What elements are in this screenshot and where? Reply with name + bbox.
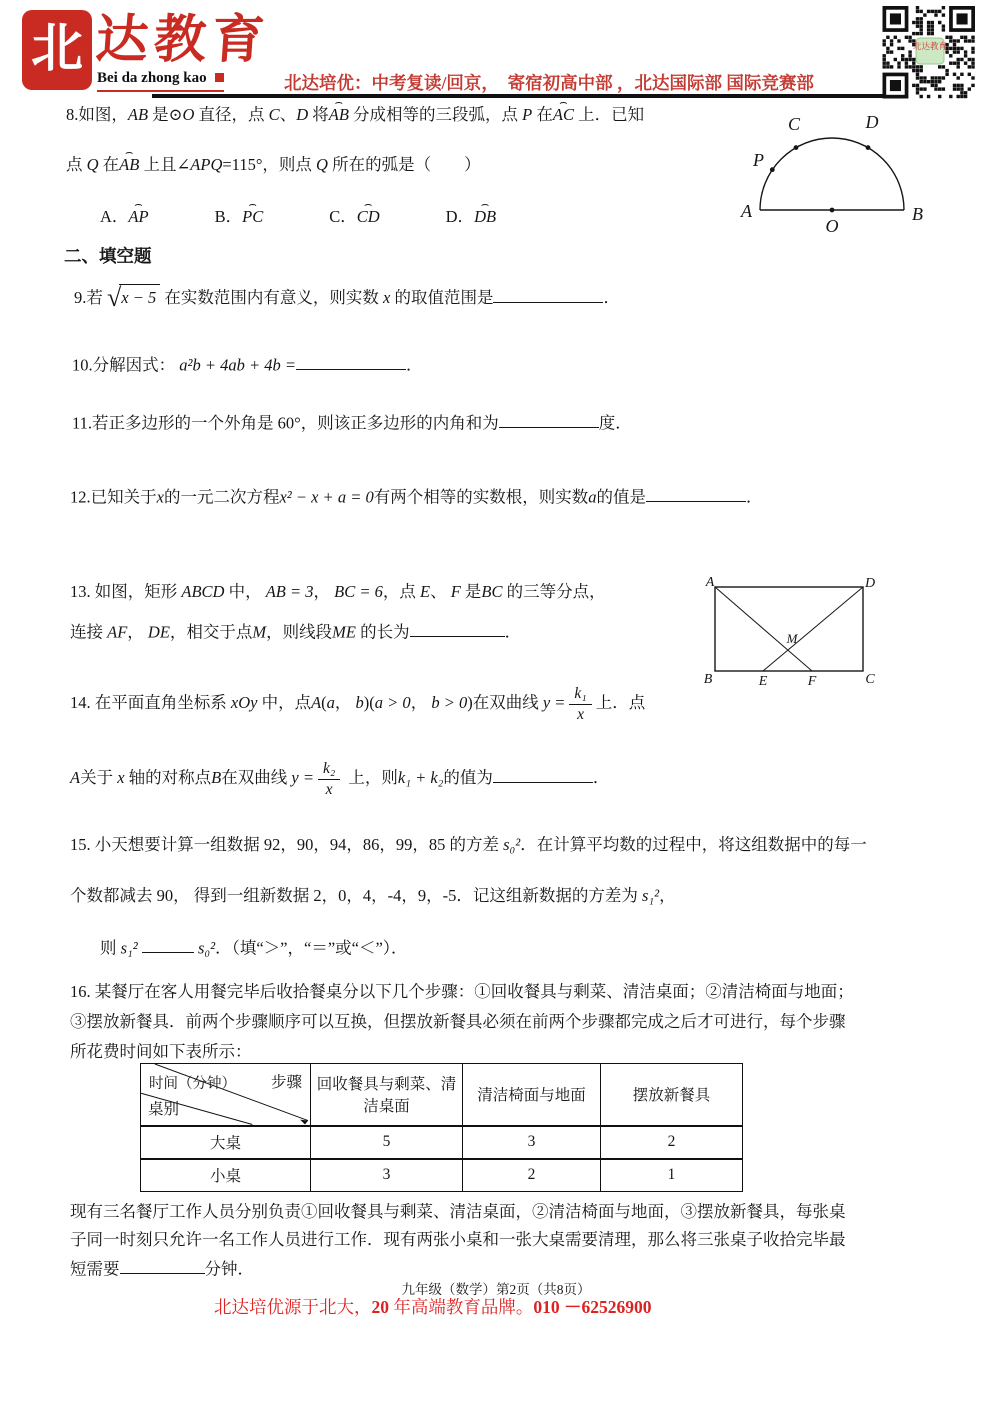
brand-subtitle-text: Bei da zhong kao: [97, 70, 207, 86]
footer-promo-line: 北达培优源于北大，20 年高端教育品牌。010 －62526900: [214, 1294, 652, 1319]
math-variable: AF: [107, 622, 127, 641]
math-variable: s₁²: [642, 886, 659, 905]
math-variable: a²b + 4ab + 4b =: [179, 355, 296, 374]
label-A: A: [705, 575, 715, 590]
text-segment: 中，: [224, 582, 265, 601]
math-variable: D: [296, 105, 308, 124]
math-variable: x: [157, 487, 164, 506]
table-diagonal-header: 时间（分钟） 步骤 桌别: [141, 1064, 311, 1126]
math-variable: BC = 6: [334, 582, 383, 601]
text-segment: 所花费时间如下表所示：: [70, 1042, 252, 1061]
cell-value: 3: [311, 1159, 463, 1192]
arc-over-letters: PC: [242, 202, 263, 228]
label-D: D: [864, 576, 875, 591]
text-segment: 12.已知关于: [70, 487, 157, 506]
qr-code: 北达教育: [880, 5, 980, 100]
math-variable: E: [420, 582, 430, 601]
brand-seal-logo: 北: [24, 12, 90, 88]
table-col-header-1: 回收餐具与剩菜、清洁桌面: [311, 1064, 463, 1126]
math-variable: C: [269, 105, 280, 124]
question-8-line-1: 8.如图，AB 是⊙O 直径，点 C、D 将AB 分成相等的三段弧，点 P 在A…: [66, 100, 644, 126]
text-segment: )(: [364, 693, 375, 712]
text-segment: 有两个相等的实数根，则实数: [374, 487, 589, 506]
brand-seal-character: 北: [31, 24, 83, 76]
text-segment: 则: [100, 938, 121, 957]
text-segment: ．在计算平均数的过程中，将这组数据中的每一: [520, 835, 867, 854]
text-segment: 15. 小天想要计算一组数据 92，90，94，86，99，85 的方差: [70, 835, 503, 854]
text-segment: ．: [746, 487, 763, 506]
brand-calligraphy: 达教育: [94, 14, 272, 69]
answer-blank: [499, 410, 599, 428]
math-variable: ABCD: [181, 582, 224, 601]
text-segment: 所在的弧是（ ）: [328, 155, 481, 174]
cell-value: 1: [601, 1159, 743, 1192]
diag-label-time: 时间（分钟）: [149, 1072, 236, 1093]
text-segment: 在: [532, 105, 553, 124]
text-segment: ，: [411, 693, 432, 712]
text-segment: 上．点: [596, 693, 646, 712]
text-segment: 年高端教育品牌。: [389, 1297, 533, 1317]
answer-blank: [493, 285, 603, 303]
math-variable: Q: [316, 155, 328, 174]
text-segment: 16. 某餐厅在客人用餐完毕后收拾餐桌分以下几个步骤：①回收餐具与剩菜、清洁桌面…: [70, 982, 854, 1001]
text-segment: C．: [263, 207, 357, 226]
label-C: C: [788, 114, 801, 134]
math-variable: a: [327, 693, 335, 712]
text-segment: 上．已知: [574, 105, 644, 124]
answer-blank: [410, 619, 505, 637]
text-segment: ，: [127, 622, 148, 641]
text-segment: ，: [314, 582, 335, 601]
text-segment: 是⊙: [148, 105, 182, 124]
table-row: 大桌 5 3 2: [141, 1126, 743, 1159]
math-variable: y =: [543, 693, 566, 712]
math-variable: Q: [87, 155, 99, 174]
text-segment: 11.若正多边形的一个外角是 60°，则该正多边形的内角和为: [72, 413, 499, 432]
math-variable: b: [356, 693, 364, 712]
text-segment: 连接: [70, 622, 107, 641]
question-15-line-3: 则 s₁² s₀²．（填“＞”，“＝”或“＜”）．: [100, 935, 408, 959]
answer-blank: [142, 935, 194, 953]
math-variable: xOy: [231, 693, 258, 712]
text-segment: ．: [406, 355, 423, 374]
text-segment: 14. 在平面直角坐标系: [70, 693, 231, 712]
text-segment: 是: [461, 582, 482, 601]
text-segment: 北达培优源于北大，: [214, 1297, 372, 1317]
text-segment: 13. 如图，矩形: [70, 582, 181, 601]
text-segment: 、: [280, 105, 297, 124]
label-B: B: [912, 204, 923, 224]
text-segment: 轴的对称点: [125, 768, 212, 787]
math-variable: DE: [148, 622, 170, 641]
text-segment: 8.如图，: [66, 105, 128, 124]
text-segment: ，则线段: [266, 622, 332, 641]
bold-segment: 20: [372, 1297, 390, 1317]
text-segment: ．: [593, 768, 610, 787]
math-variable: a > 0: [375, 693, 411, 712]
question-15-line-1: 15. 小天想要计算一组数据 92，90，94，86，99，85 的方差 s₀²…: [70, 833, 867, 856]
math-variable: s₀²: [198, 938, 215, 957]
math-variable: k₁ + k₂: [398, 768, 444, 787]
question-16-tail-1: 现有三名餐厅工作人员分别负责①回收餐具与剩菜、清洁桌面，②清洁椅面与地面，③摆放…: [70, 1200, 846, 1223]
text-segment: ，: [659, 886, 676, 905]
math-variable: M: [252, 622, 266, 641]
math-variable: BC: [481, 582, 502, 601]
label-M: M: [786, 631, 799, 646]
text-segment: D．: [380, 207, 474, 226]
label-F: F: [807, 674, 817, 689]
text-segment: 的长为: [356, 622, 410, 641]
math-variable: b > 0: [431, 693, 467, 712]
qr-center-label: 北达教育: [913, 41, 947, 51]
text-segment: 将: [308, 105, 329, 124]
text-segment: 上且∠: [139, 155, 190, 174]
question-8-line-2: 点 Q 在AB 上且∠APQ=115°，则点 Q 所在的弧是（ ）: [66, 150, 481, 176]
math-variable: A: [70, 768, 80, 787]
table-col-header-2: 清洁椅面与地面: [463, 1064, 601, 1126]
section-2-title: 二、填空题: [64, 243, 152, 268]
arc-over-letters: DB: [474, 202, 496, 228]
math-fraction: k₂x: [318, 760, 340, 799]
math-variable: ME: [332, 622, 356, 641]
text-segment: 的一元二次方程: [164, 487, 280, 506]
label-C: C: [865, 672, 875, 687]
text-segment: 短需要: [70, 1259, 120, 1278]
answer-blank: [296, 352, 406, 370]
text-segment: 在实数范围内有意义，则实数: [160, 288, 383, 307]
question-13-line-1: 13. 如图，矩形 ABCD 中， AB = 3， BC = 6，点 E、 F …: [70, 580, 606, 603]
question-16-tail-2: 子同一时刻只允许一名工作人员进行工作．现有两张小桌和一张大桌需要清理，那么将三张…: [70, 1228, 846, 1251]
text-segment: ③摆放新餐具．前两个步骤顺序可以互换，但摆放新餐具必须在前两个步骤都完成之后才可…: [70, 1012, 846, 1031]
question-9: 9.若 √x − 5 在实数范围内有意义，则实数 x 的取值范围是．: [74, 284, 620, 309]
text-segment: 的取值范围是: [390, 288, 493, 307]
question-14-line-2: A关于 x 轴的对称点B在双曲线 y =k₂x 上，则k₁ + k₂的值为．: [70, 760, 609, 799]
math-variable: x² − x + a = 0: [279, 487, 373, 506]
text-segment: ．（填“＞”，“＝”或“＜”）．: [215, 938, 407, 957]
diag-label-step: 步骤: [271, 1070, 302, 1092]
question-15-line-2: 个数都减去 90， 得到一组新数据 2，0，4，-4，9，-5．记这组新数据的方…: [70, 884, 676, 907]
text-segment: 直径，点: [194, 105, 268, 124]
math-variable: APQ: [190, 155, 222, 174]
question-16-line-1: 16. 某餐厅在客人用餐完毕后收拾餐桌分以下几个步骤：①回收餐具与剩菜、清洁桌面…: [70, 980, 854, 1003]
math-variable: O: [183, 105, 195, 124]
text-segment: ．: [505, 622, 522, 641]
text-segment: ，: [335, 693, 356, 712]
math-variable: y =: [291, 768, 314, 787]
math-variable: B: [211, 768, 221, 787]
cell-value: 3: [463, 1126, 601, 1159]
text-segment: 关于: [80, 768, 117, 787]
brand-subtitle: Bei da zhong kao: [97, 70, 224, 92]
figure-rectangle: A D B C E F M: [698, 575, 890, 693]
math-variable: AB: [128, 105, 148, 124]
text-segment: 个数都减去 90， 得到一组新数据 2，0，4，-4，9，-5．记这组新数据的方…: [70, 886, 642, 905]
table-row: 小桌 3 2 1: [141, 1159, 743, 1192]
qr-code-image: 北达教育: [880, 5, 980, 100]
red-square-icon: [215, 73, 224, 82]
question-16-tail-3: 短需要分钟．: [70, 1256, 254, 1280]
math-variable: s₁²: [121, 938, 138, 957]
exam-page: 北 达教育 Bei da zhong kao 北达培优：中考复读/回京， 寄宿初…: [0, 0, 992, 1403]
text-segment: 子同一时刻只允许一名工作人员进行工作．现有两张小桌和一张大桌需要清理，那么将三张…: [70, 1230, 846, 1249]
text-segment: 分成相等的三段弧，点: [349, 105, 522, 124]
text-segment: 、: [430, 582, 451, 601]
diag-label-table: 桌别: [148, 1097, 179, 1119]
text-segment: 的三等分点，: [503, 582, 606, 601]
text-segment: ，相交于点: [170, 622, 253, 641]
text-segment: 在双曲线: [221, 768, 291, 787]
text-segment: A．: [100, 207, 128, 226]
answer-blank: [120, 1256, 205, 1274]
cell-value: 2: [601, 1126, 743, 1159]
q16-steps-table: 时间（分钟） 步骤 桌别 回收餐具与剩菜、清洁桌面 清洁椅面与地面 摆放新餐具 …: [140, 1063, 743, 1192]
label-A: A: [740, 201, 753, 221]
text-segment: 9.若: [74, 288, 107, 307]
label-B: B: [704, 672, 713, 687]
arc-over-letters: AP: [128, 202, 148, 228]
math-variable: A: [311, 693, 321, 712]
row-label: 小桌: [141, 1159, 311, 1192]
bold-segment: 010 －62526900: [533, 1297, 651, 1317]
question-10: 10.分解因式： a²b + 4ab + 4b =．: [72, 352, 422, 376]
question-16-line-3: 所花费时间如下表所示：: [70, 1040, 252, 1063]
label-P: P: [752, 150, 764, 170]
text-segment: ．: [603, 288, 620, 307]
answer-blank: [646, 484, 746, 502]
math-sqrt: √x − 5: [107, 284, 160, 309]
question-11: 11.若正多边形的一个外角是 60°，则该正多边形的内角和为度．: [72, 410, 632, 434]
cell-value: 2: [463, 1159, 601, 1192]
text-segment: 点: [66, 155, 87, 174]
math-variable: s₀²: [503, 835, 520, 854]
text-segment: 10.分解因式：: [72, 355, 179, 374]
question-12: 12.已知关于x的一元二次方程x² − x + a = 0有两个相等的实数根，则…: [70, 484, 762, 508]
text-segment: ，点: [383, 582, 420, 601]
question-8-options: A．AP B．PC C．CD D．DB: [100, 202, 496, 228]
label-D: D: [865, 112, 879, 132]
text-segment: )在双曲线: [467, 693, 543, 712]
text-segment: 在: [99, 155, 120, 174]
text-segment: =115°，则点: [222, 155, 316, 174]
text-segment: 的值为: [443, 768, 493, 787]
math-variable: AB = 3: [266, 582, 314, 601]
header-tagline: 北达培优：中考复读/回京， 寄宿初高中部 ，北达国际部 国际竞赛部: [284, 70, 814, 95]
text-segment: 中，点: [257, 693, 311, 712]
text-segment: 分钟．: [205, 1259, 255, 1278]
text-segment: 度．: [599, 413, 632, 432]
cell-value: 5: [311, 1126, 463, 1159]
text-segment: 现有三名餐厅工作人员分别负责①回收餐具与剩菜、清洁桌面，②清洁椅面与地面，③摆放…: [70, 1202, 846, 1221]
text-segment: B．: [149, 207, 243, 226]
label-O: O: [826, 216, 839, 236]
table-col-header-3: 摆放新餐具: [601, 1064, 743, 1126]
math-variable: F: [451, 582, 461, 601]
text-segment: 上，则: [344, 768, 398, 787]
arc-over-letters: AB: [329, 100, 349, 126]
arc-over-letters: CD: [357, 202, 380, 228]
question-13-line-2: 连接 AF， DE，相交于点M，则线段ME 的长为．: [70, 619, 521, 643]
arc-over-letters: AC: [553, 100, 574, 126]
math-fraction: k₁x: [569, 685, 591, 724]
figure-semicircle: A B C D P O: [722, 104, 932, 236]
arc-over-letters: AB: [119, 150, 139, 176]
math-variable: P: [522, 105, 532, 124]
header-rule: [152, 94, 886, 98]
answer-blank: [493, 765, 593, 783]
math-variable: x: [117, 768, 124, 787]
label-E: E: [758, 674, 768, 689]
row-label: 大桌: [141, 1126, 311, 1159]
text-segment: 的值是: [596, 487, 646, 506]
question-14-line-1: 14. 在平面直角坐标系 xOy 中，点A(a， b)(a > 0， b > 0…: [70, 685, 645, 724]
question-16-line-2: ③摆放新餐具．前两个步骤顺序可以互换，但摆放新餐具必须在前两个步骤都完成之后才可…: [70, 1010, 846, 1033]
